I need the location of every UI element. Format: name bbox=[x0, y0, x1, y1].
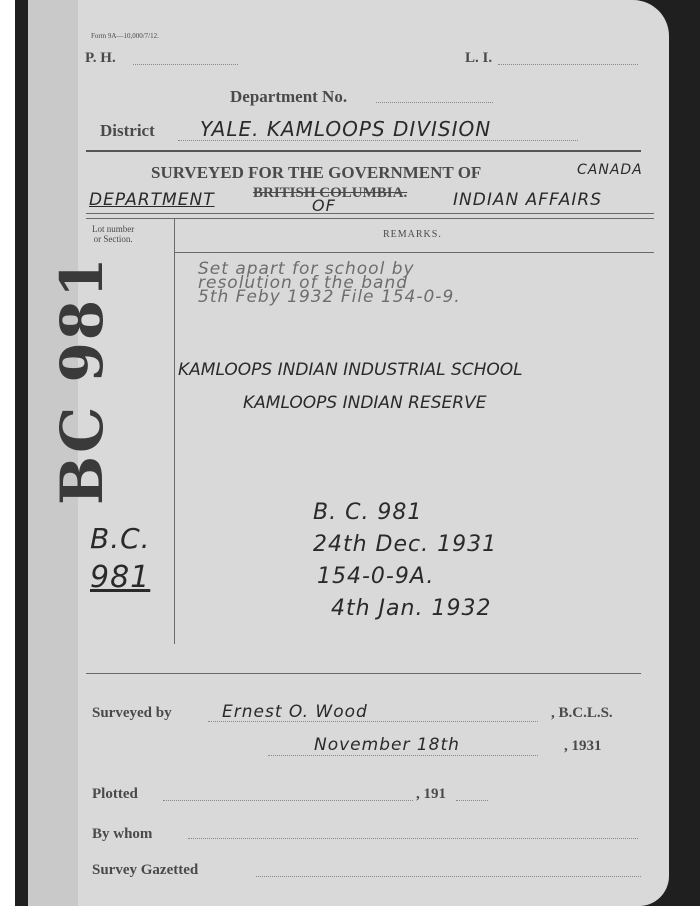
remarks-column-header: REMARKS. bbox=[383, 229, 442, 240]
survey-gazetted-field bbox=[256, 876, 641, 877]
survey-date-field bbox=[268, 755, 538, 756]
surveyor-field bbox=[208, 721, 538, 722]
department-prefix: DEPARTMENT bbox=[89, 190, 215, 210]
plotted-field bbox=[163, 800, 413, 801]
lot-column-header: Lot number or Section. bbox=[92, 224, 134, 244]
plotted-year-field bbox=[456, 800, 488, 801]
column-divider bbox=[174, 219, 175, 644]
plotted-label: Plotted bbox=[92, 786, 138, 803]
surveyor-name: Ernest O. Wood bbox=[222, 702, 368, 722]
li-field bbox=[498, 64, 638, 65]
ph-field bbox=[133, 64, 238, 65]
lot-header-line2: or Section. bbox=[92, 234, 134, 244]
lot-value-line1: B.C. bbox=[90, 522, 151, 555]
survey-record-card: Form 9A—10,000/7/12. P. H. L. I. Departm… bbox=[28, 0, 669, 906]
by-whom-label: By whom bbox=[92, 826, 152, 843]
ref-line-file: 154-0-9A. bbox=[313, 561, 497, 593]
remarks-title-line2: KAMLOOPS INDIAN RESERVE bbox=[243, 393, 486, 413]
government-value: CANADA bbox=[577, 162, 643, 178]
department-no-field bbox=[376, 102, 493, 103]
survey-year: , 1931 bbox=[564, 738, 602, 755]
lot-value-line2: 981 bbox=[90, 560, 150, 595]
li-label: L. I. bbox=[465, 50, 492, 67]
header-divider bbox=[86, 150, 641, 152]
form-number: Form 9A—10,000/7/12. bbox=[91, 32, 159, 40]
plotted-year: , 191 bbox=[416, 786, 446, 803]
table-header-rule bbox=[174, 252, 654, 253]
remarks-references: B. C. 981 24th Dec. 1931 154-0-9A. 4th J… bbox=[313, 497, 497, 625]
survey-gazetted-label: Survey Gazetted bbox=[92, 862, 198, 879]
remarks-note: Set apart for school by resolution of th… bbox=[198, 262, 461, 304]
department-value: INDIAN AFFAIRS bbox=[453, 190, 602, 210]
survey-date: November 18th bbox=[314, 735, 460, 755]
ref-line-date2: 4th Jan. 1932 bbox=[313, 593, 497, 625]
surveyed-for-label: SURVEYED FOR THE GOVERNMENT OF bbox=[151, 163, 481, 183]
ref-line-bc-number: B. C. 981 bbox=[313, 497, 497, 529]
remarks-title-line1: KAMLOOPS INDIAN INDUSTRIAL SCHOOL bbox=[178, 360, 523, 380]
surveyed-by-label: Surveyed by bbox=[92, 705, 172, 722]
lot-header-line1: Lot number bbox=[92, 224, 134, 234]
district-value: YALE. KAMLOOPS DIVISION bbox=[200, 117, 491, 141]
department-line bbox=[86, 213, 654, 214]
by-whom-field bbox=[188, 838, 638, 839]
table-top-rule bbox=[86, 218, 654, 219]
ph-label: P. H. bbox=[85, 50, 116, 67]
district-label: District bbox=[100, 121, 155, 141]
district-field bbox=[178, 140, 578, 141]
ref-line-date1: 24th Dec. 1931 bbox=[313, 529, 497, 561]
bc-981-stamp: BC 981 bbox=[48, 255, 116, 505]
table-bottom-rule bbox=[86, 673, 641, 674]
department-no-label: Department No. bbox=[230, 87, 347, 107]
surveyor-suffix: , B.C.L.S. bbox=[551, 705, 613, 722]
remarks-note-line3: 5th Feby 1932 File 154-0-9. bbox=[198, 290, 461, 304]
